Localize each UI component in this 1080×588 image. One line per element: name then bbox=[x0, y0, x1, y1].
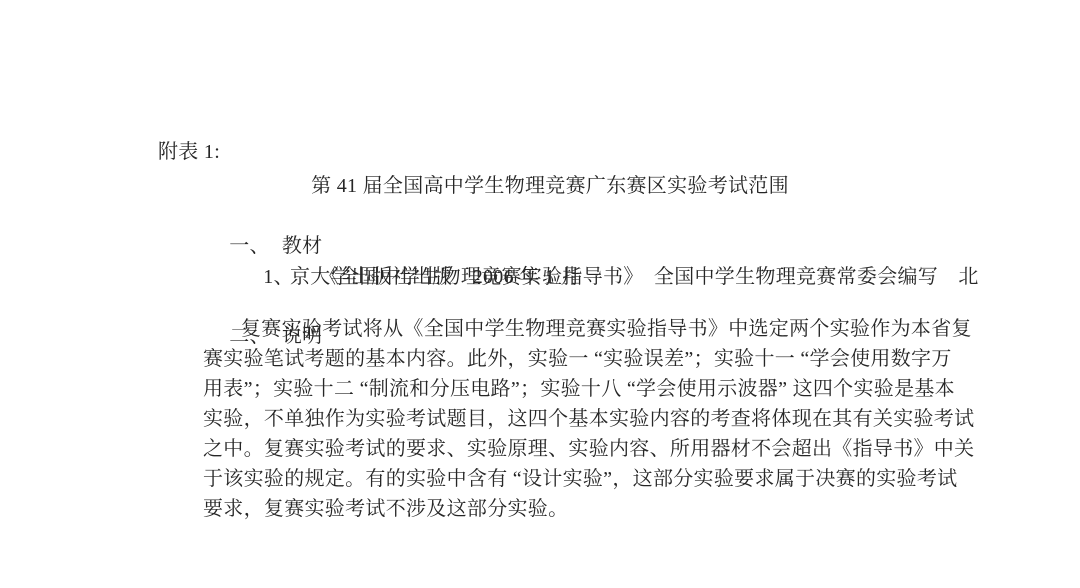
paragraph-line: 要求，复赛实验考试不涉及这部分实验。 bbox=[203, 494, 945, 524]
paragraph-line: 用表”；实验十二 “制流和分压电路”；实验十八 “学会使用示波器” 这四个实验是… bbox=[203, 374, 945, 404]
paragraph-line: 之中。复赛实验考试的要求、实验原理、实验内容、所用器材不会超出《指导书》中关 bbox=[203, 434, 945, 464]
appendix-label: 附表 1: bbox=[158, 137, 220, 167]
paragraph-line: 实验，不单独作为实验考试题目，这四个基本实验内容的考查将体现在其有关实验考试 bbox=[203, 404, 945, 434]
explanation-paragraph: 复赛实验考试将从《全国中学生物理竞赛实验指导书》中选定两个实验作为本省复 赛实验… bbox=[203, 314, 945, 524]
paragraph-line: 于该实验的规定。有的实验中含有 “设计实验”，这部分实验要求属于决赛的实验考试 bbox=[203, 464, 945, 494]
textbook-item-text-line-2: 京大学出版社出版 2006 年 1 月 bbox=[290, 262, 581, 292]
document-title: 第 41 届全国高中学生物理竞赛广东赛区实验考试范围 bbox=[160, 171, 940, 201]
paragraph-line: 赛实验笔试考题的基本内容。此外，实验一 “实验误差”；实验十一 “学会使用数字万 bbox=[203, 344, 945, 374]
paragraph-line: 复赛实验考试将从《全国中学生物理竞赛实验指导书》中选定两个实验作为本省复 bbox=[203, 314, 945, 344]
document-page: 附表 1: 第 41 届全国高中学生物理竞赛广东赛区实验考试范围 一、教材 1、… bbox=[0, 0, 1080, 588]
